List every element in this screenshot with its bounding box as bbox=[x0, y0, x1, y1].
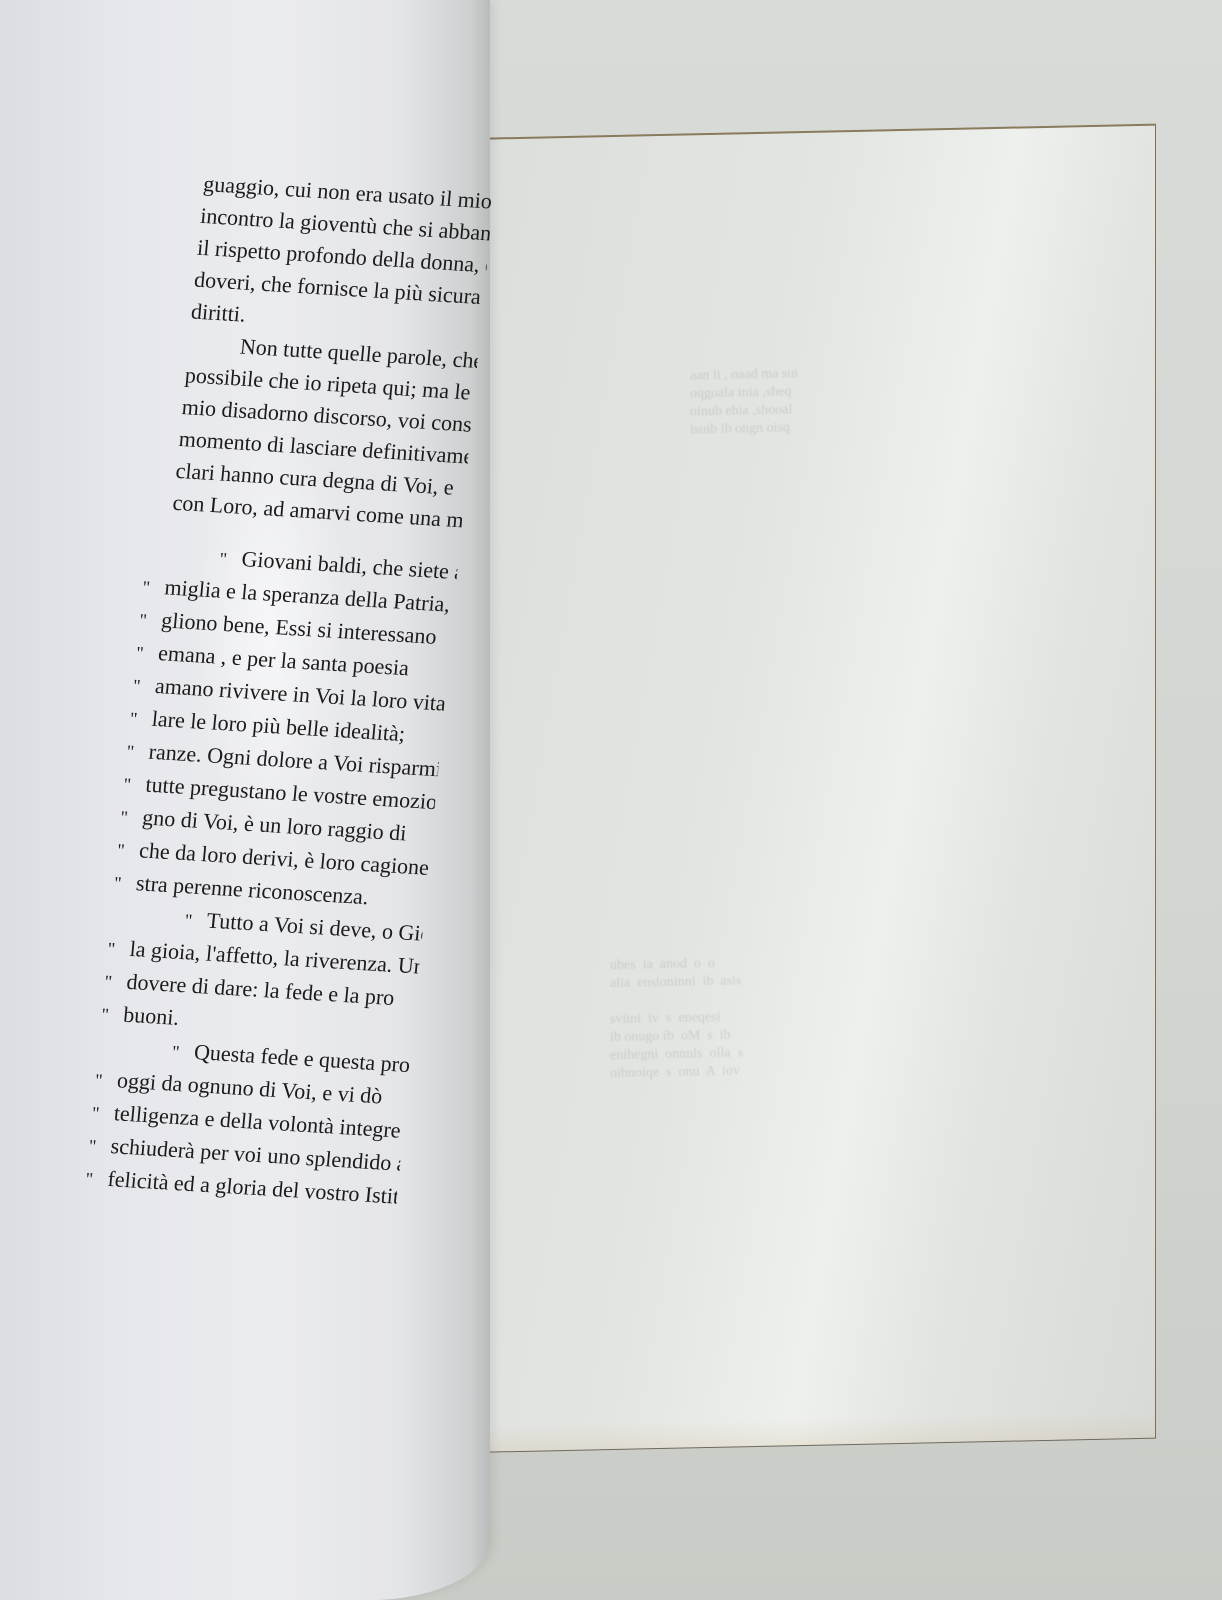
quote-mark: " bbox=[183, 904, 208, 937]
right-page: aan li , oaad ma sui oqgoala inia ,sheq … bbox=[470, 124, 1156, 1453]
quote-mark: " bbox=[119, 801, 144, 834]
quote-mark: " bbox=[171, 1036, 196, 1069]
quote-mark: " bbox=[116, 834, 141, 867]
show-through-text-bottom: ubes ia anod o o alia ensioninni ib asis… bbox=[610, 954, 743, 1083]
quote-mark: " bbox=[128, 703, 153, 736]
quote-mark: " bbox=[103, 965, 128, 998]
quote-mark: " bbox=[141, 571, 166, 604]
quote-mark: " bbox=[138, 604, 163, 637]
quote-mark: " bbox=[125, 735, 150, 768]
show-through-text-top: aan li , oaad ma sui oqgoala inia ,sheq … bbox=[690, 365, 798, 439]
quote-mark: " bbox=[100, 998, 125, 1031]
line-text: buoni. bbox=[122, 1002, 180, 1030]
quote-mark: " bbox=[218, 543, 243, 576]
quote-mark: " bbox=[135, 637, 160, 670]
quote-mark: " bbox=[87, 1130, 112, 1163]
quote-mark: " bbox=[113, 867, 138, 900]
quote-mark: " bbox=[84, 1163, 109, 1196]
page-text: guaggio, cui non era usato il mio incont… bbox=[106, 168, 494, 1214]
quote-mark: " bbox=[94, 1064, 119, 1097]
quote-mark: " bbox=[106, 933, 131, 966]
quote-mark: " bbox=[122, 768, 147, 801]
left-page: guaggio, cui non era usato il mio incont… bbox=[0, 0, 490, 1600]
quote-mark: " bbox=[90, 1097, 115, 1130]
quote-mark: " bbox=[132, 670, 157, 703]
